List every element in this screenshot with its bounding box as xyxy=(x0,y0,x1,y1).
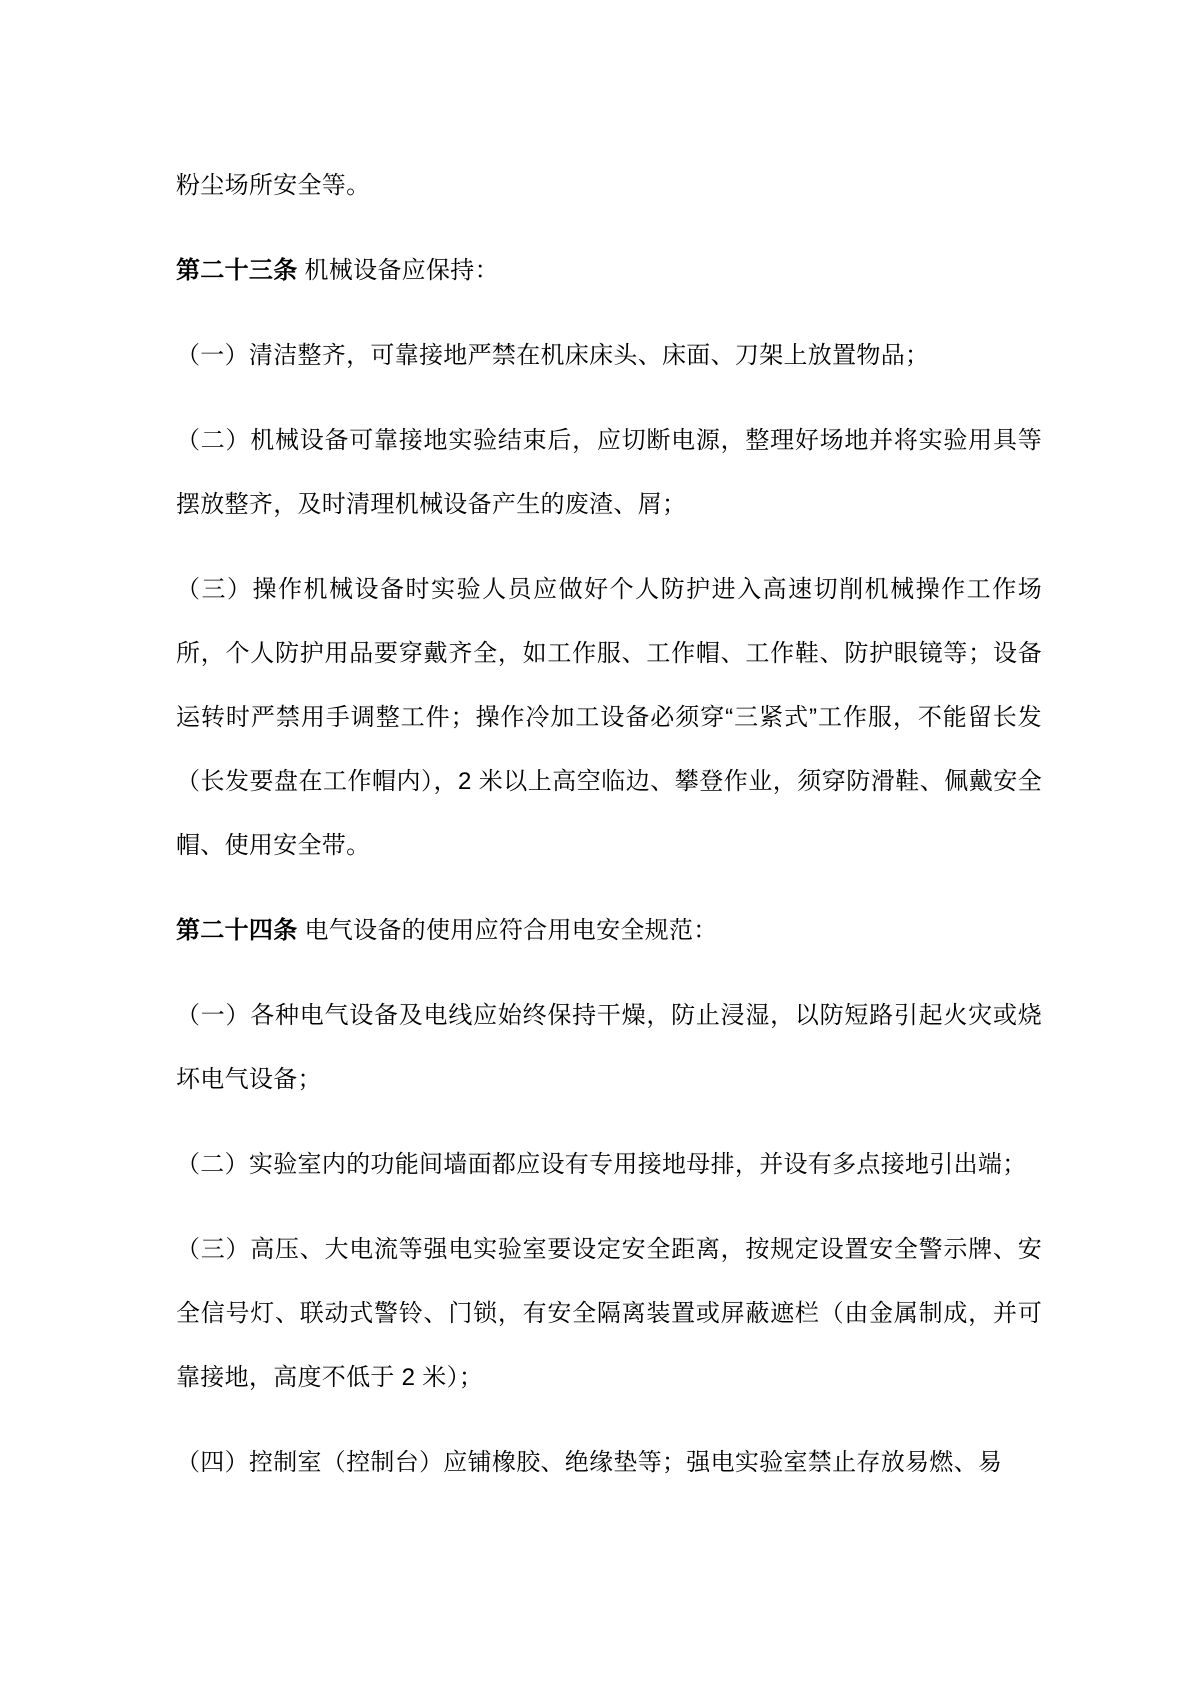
document-page: 粉尘场所安全等。 第二十三条 机械设备应保持： （一）清洁整齐，可靠接地严禁在机… xyxy=(0,0,1190,1683)
article-24-item-2: （二）实验室内的功能间墙面都应设有专用接地母排，并设有多点接地引出端； xyxy=(176,1133,1042,1197)
article-23-item-1: （一）清洁整齐，可靠接地严禁在机床床头、床面、刀架上放置物品； xyxy=(176,324,1042,388)
paragraph-continuation: 粉尘场所安全等。 xyxy=(176,154,1042,218)
article-24-title: 电气设备的使用应符合用电安全规范： xyxy=(298,917,718,944)
article-23-title: 机械设备应保持： xyxy=(298,257,499,284)
article-24-item-1: （一）各种电气设备及电线应始终保持干燥，防止浸湿，以防短路引起火灾或烧坏电气设备… xyxy=(176,984,1042,1112)
article-23-heading: 第二十三条 机械设备应保持： xyxy=(176,239,1042,303)
article-24-item-3: （三）高压、大电流等强电实验室要设定安全距离，按规定设置安全警示牌、安全信号灯、… xyxy=(176,1218,1042,1410)
article-23-item-3: （三）操作机械设备时实验人员应做好个人防护进入高速切削机械操作工作场所，个人防护… xyxy=(176,558,1042,878)
article-23-number: 第二十三条 xyxy=(176,257,298,284)
article-24-item-4: （四）控制室（控制台）应铺橡胶、绝缘垫等；强电实验室禁止存放易燃、易 xyxy=(176,1431,1042,1495)
article-24-heading: 第二十四条 电气设备的使用应符合用电安全规范： xyxy=(176,899,1042,963)
article-23-item-2: （二）机械设备可靠接地实验结束后，应切断电源，整理好场地并将实验用具等摆放整齐，… xyxy=(176,409,1042,537)
article-24-number: 第二十四条 xyxy=(176,917,298,944)
